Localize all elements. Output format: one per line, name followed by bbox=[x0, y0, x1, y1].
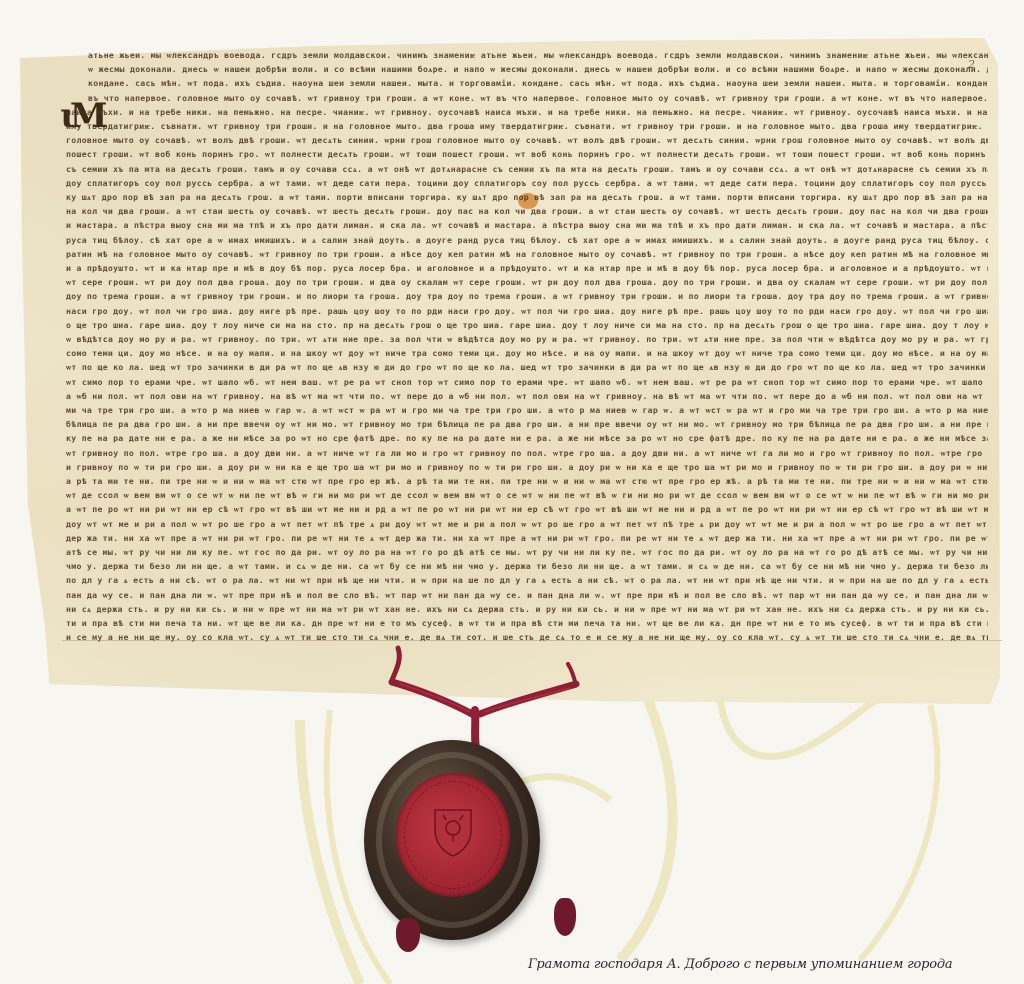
manuscript-line: и се му а не ни ще му. оу со кла ѡт. су … bbox=[66, 632, 988, 643]
manuscript-line: доу сплатигоръ соу пол руссь сербра. а ѡ… bbox=[66, 178, 988, 189]
manuscript-line: пан да ѡу се. и пан дна ли ѡ. ѡт пре при… bbox=[66, 590, 988, 601]
manuscript-line: кондане. сась мѣн. ѡт пода. ихъ съдиа. н… bbox=[88, 78, 988, 89]
manuscript-line: о ще тро шиа. гаре шиа. доу т лоу ниче с… bbox=[66, 320, 988, 331]
manuscript-line: атьне жьеи. мы ѡлександръ воевода. гсдръ… bbox=[88, 50, 988, 61]
manuscript-line: съ семии хъ па мта на десѧть гроши. тамъ… bbox=[66, 164, 988, 175]
manuscript-line: и а прѣдоушто. ѡт и ка нтар пре и мѣ в д… bbox=[66, 263, 988, 274]
manuscript-line: чмо у. держа ти безо ли ни ще. а ѡт тами… bbox=[66, 561, 988, 572]
manuscript-line: ми ча тре три гро ши. а ѡто р ма ниев ѡ … bbox=[66, 405, 988, 416]
manuscript-line: и мастара. а пѣстра выоу сна ми ма тпѣ и… bbox=[66, 220, 988, 231]
manuscript-line: ѡт по ще ко ла. шед ѡт тро зачинки в ди … bbox=[66, 362, 988, 373]
manuscript-line: бѣлица пе ра два гро ши. а ни пре ввечи … bbox=[66, 419, 988, 430]
manuscript-line: руса тиц бѣлоу. сѣ хат оре а ѡ имах имиш… bbox=[66, 235, 988, 246]
manuscript-line: а рѣ та ми те ни. пи тре ни ѡ и ни ѡ ма … bbox=[66, 476, 988, 487]
heraldic-shield-icon bbox=[432, 806, 474, 858]
manuscript-line: атѣ се мы. ѡт ру чи ни ли ку пе. ѡт гос … bbox=[66, 547, 988, 558]
figure-caption: Грамота господаря А. Доброго с первым уп… bbox=[528, 957, 998, 972]
manuscript-line: головное мыто оу сочавѣ. ѡт волъ двѣ гро… bbox=[66, 135, 988, 146]
manuscript-line: а ѡт пе ро ѡт ни ри ѡт ни ер сѣ ѡт гро ѡ… bbox=[66, 504, 988, 515]
manuscript-line: ѡт симо пор то ерами чре. ѡт шапо ѡб. ѡт… bbox=[66, 377, 988, 388]
manuscript-line: на кол чи два гроши. а ѡт стаи шесть оу … bbox=[66, 206, 988, 217]
manuscript-text: атьне жьеи. мы ѡлександръ воевода. гсдръ… bbox=[88, 50, 988, 650]
manuscript-line: доу по трема гроши. а ѡт гривноу три гро… bbox=[66, 291, 988, 302]
manuscript-line: иму твердатигриѥ. съвнати. ѡт гривноу тр… bbox=[66, 121, 988, 132]
cord-tassel-right bbox=[554, 898, 576, 936]
manuscript-line: и гривноу по ѡ ти ри гро ши. а доу ри ѡ … bbox=[66, 462, 988, 473]
manuscript-line: а ѡб ни пол. ѡт пол ови на ѡт гривноу. н… bbox=[66, 391, 988, 402]
manuscript-line: дер жа ти. ни ха ѡт пре а ѡт ни ри ѡт гр… bbox=[66, 533, 988, 544]
manuscript-line: ку шѧт дро пор вѣ зап ра на десѧть грош.… bbox=[66, 192, 988, 203]
manuscript-line: ѡ жесмы доконали. днесь ѡ нашеи добрѣи в… bbox=[88, 64, 988, 75]
manuscript-line: ратин мѣ на головное мыто оу сочавѣ. ѡт … bbox=[66, 249, 988, 260]
manuscript-line: въ что напервое. головное мыто оу сочавѣ… bbox=[88, 93, 988, 104]
manuscript-line: ни сѧ держа сть. и ру ни ки сь. и ни ѡ п… bbox=[66, 604, 988, 615]
manuscript-line: ку пе на ра дате ни е ра. а же ни мѣсе з… bbox=[66, 433, 988, 444]
manuscript-line: ѡ вѣдѣтса доу мо ру и ра. ѡт гривноу. по… bbox=[66, 334, 988, 345]
manuscript-line: ѡт де ссол ѡ вем вм ѡт о се ѡт ѡ ни пе ѡ… bbox=[66, 490, 988, 501]
cord-tassel-left bbox=[396, 918, 420, 952]
manuscript-line: доу ѡт ѡт ме и ри а пол ѡ ѡт ро ше гро а… bbox=[66, 519, 988, 530]
manuscript-line: наиса мъхи. и на требе ники. на пемьжно.… bbox=[66, 107, 988, 118]
manuscript-line: ѡт гривноу по пол. ѡтре гро ша. а доу дв… bbox=[66, 448, 988, 459]
manuscript-line: сомо теми ци. доу мо нѣсе. и на оу мапи.… bbox=[66, 348, 988, 359]
manuscript-line: наси гро доу. ѡт пол чи гро шиа. доу ниг… bbox=[66, 306, 988, 317]
manuscript-line: ѡт сере гроши. ѡт ри доу пол два гроша. … bbox=[66, 277, 988, 288]
manuscript-line: по дл у га ѧ есть а ни сѣ. ѡт о ра ла. ѡ… bbox=[66, 575, 988, 586]
manuscript-line: ти и пра вѣ сти ми печа та ни. ѡт ще ве … bbox=[66, 618, 988, 629]
manuscript-line: пошест гроши. ѡт воб конь поринъ гро. ѡт… bbox=[66, 149, 988, 160]
